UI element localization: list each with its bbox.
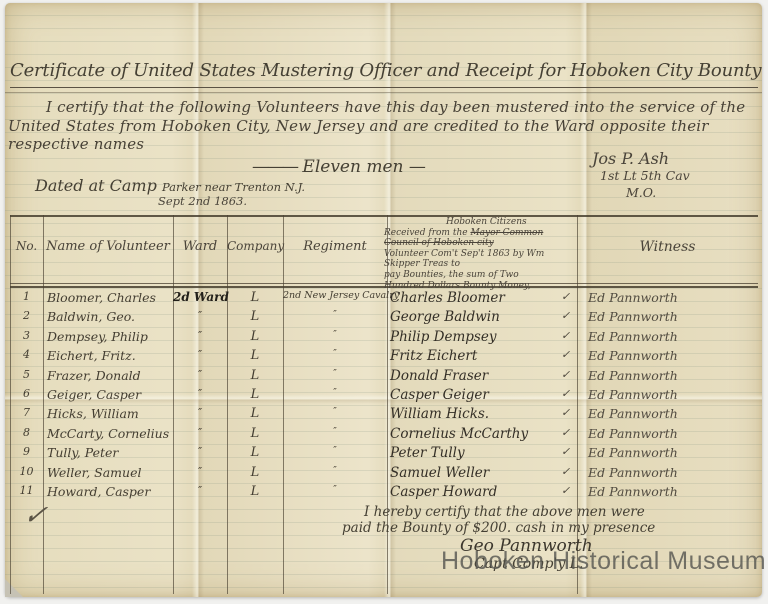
volunteer-rows: 1 Bloomer, Charles 2d Ward L 2nd New Jer… [10,289,758,502]
check-mark: ✓ [561,329,577,342]
receipt-line1-struck: Mayor Common [470,228,543,238]
volunteer-signature: Cornelius McCarthy [390,426,550,442]
company-value: L [227,406,283,421]
regiment-value: ″ [283,387,387,398]
receipt-line4: pay Bounties, the sum of Two [384,270,519,280]
table-row: 6 Geiger, Casper ″ L ″ Casper Geiger ✓ E… [10,386,758,405]
camp-name: Parker near Trenton N.J. [162,180,305,194]
receipt-line3: Volunteer Com't Sep't 1863 by Wm Skipper… [384,249,544,270]
ward-value: ″ [173,329,227,342]
regiment-value: ″ [283,309,387,320]
volunteer-name: Howard, Casper [47,484,171,499]
company-value: L [227,309,283,324]
volunteer-name: Geiger, Casper [47,387,171,402]
row-number: 9 [10,445,43,458]
receipt-line1: Received from the [384,228,470,238]
regiment-value: ″ [283,484,387,495]
row-number: 8 [10,426,43,439]
table-row: 5 Frazer, Donald ″ L ″ Donald Fraser ✓ E… [10,367,758,386]
fill-line: ——— [252,157,297,177]
payment-line1: I hereby certify that the above men were [342,504,762,520]
volunteer-name: Frazer, Donald [47,368,171,383]
table-row: 1 Bloomer, Charles 2d Ward L 2nd New Jer… [10,289,758,308]
check-mark: ✓ [561,290,577,303]
table-row: 2 Baldwin, Geo. ″ L ″ George Baldwin ✓ E… [10,308,758,327]
title-rule [5,92,762,93]
volunteer-signature: Peter Tully [390,445,550,461]
volunteer-name: Hicks, William [47,406,171,421]
volunteer-signature: George Baldwin [390,309,550,325]
receipt-line2-struck: Council of Hoboken city [384,238,494,248]
company-value: L [227,484,283,499]
check-mark: ✓ [561,309,577,322]
dated-line: Dated at Camp Parker near Trenton N.J. [35,176,305,195]
company-value: L [227,329,283,344]
volunteer-name: McCarty, Cornelius [47,426,171,441]
regiment-value: ″ [283,368,387,379]
company-value: L [227,368,283,383]
men-count: Eleven men — [302,157,425,177]
ward-value: ″ [173,445,227,458]
table-row: 8 McCarty, Cornelius ″ L ″ Cornelius McC… [10,425,758,444]
company-value: L [227,445,283,460]
column-header-company: Company [227,239,283,253]
document-title: Certificate of United States Mustering O… [10,60,758,88]
document-photo: Certificate of United States Mustering O… [0,0,768,604]
payment-line2: paid the Bounty of $200. cash in my pres… [342,520,655,536]
date: Sept 2nd 1863. [158,194,247,208]
volunteer-signature: Philip Dempsey [390,329,550,345]
company-value: L [227,387,283,402]
table-row: 3 Dempsey, Philip ″ L ″ Philip Dempsey ✓… [10,328,758,347]
ward-value: ″ [173,465,227,478]
column-header-witness: Witness [577,239,758,255]
check-mark: ✓ [561,387,577,400]
column-header-regiment: Regiment [283,239,387,254]
regiment-value: ″ [283,348,387,359]
receipt-inserted-text: Hoboken Citizens [384,217,582,228]
company-value: L [227,465,283,480]
table-row: 4 Eichert, Fritz. ″ L ″ Fritz Eichert ✓ … [10,347,758,366]
receipt-header: Hoboken Citizens Received from the Mayor… [384,217,582,291]
check-mark: ✓ [561,348,577,361]
ward-value: ″ [173,348,227,361]
row-number: 7 [10,406,43,419]
table-row: 11 Howard, Casper ″ L ″ Casper Howard ✓ … [10,483,758,502]
ward-value: ″ [173,426,227,439]
table-row: 7 Hicks, William ″ L ″ William Hicks. ✓ … [10,405,758,424]
witness-signature: Ed Pannworth [588,387,753,402]
certification-intro: I certify that the following Volunteers … [8,98,760,154]
witness-signature: Ed Pannworth [588,484,753,499]
witness-signature: Ed Pannworth [588,445,753,460]
column-header-name: Name of Volunteer [43,239,173,254]
witness-signature: Ed Pannworth [588,368,753,383]
company-value: L [227,290,283,305]
volunteer-signature: Casper Geiger [390,387,550,403]
row-number: 2 [10,309,43,322]
row-number: 6 [10,387,43,400]
row-number: 4 [10,348,43,361]
check-mark: ✓ [561,368,577,381]
men-count-line: ——— Eleven men — [252,157,426,177]
witness-signature: Ed Pannworth [588,309,753,324]
witness-signature: Ed Pannworth [588,329,753,344]
museum-watermark: Hoboken Historical Museum [441,547,766,576]
row-number: 1 [10,290,43,303]
table-row: 10 Weller, Samuel ″ L ″ Samuel Weller ✓ … [10,464,758,483]
ward-value: ″ [173,309,227,322]
volunteer-name: Bloomer, Charles [47,290,171,305]
officer-name: Jos P. Ash [592,149,669,168]
regiment-value: 2nd New Jersey Cavalry [283,290,387,301]
regiment-value: ″ [283,445,387,456]
volunteer-name: Dempsey, Philip [47,329,171,344]
ward-value: ″ [173,484,227,497]
regiment-value: ″ [283,406,387,417]
row-number: 3 [10,329,43,342]
volunteer-signature: William Hicks. [390,406,550,422]
row-number: 11 [10,484,43,497]
check-mark: ✓ [561,484,577,497]
ward-value: ″ [173,387,227,400]
officer-rank: 1st Lt 5th Cav [592,167,690,184]
witness-signature: Ed Pannworth [588,348,753,363]
volunteer-name: Weller, Samuel [47,465,171,480]
volunteer-signature: Fritz Eichert [390,348,550,364]
regiment-value: ″ [283,426,387,437]
volunteer-signature: Charles Bloomer [390,290,550,306]
table-row: 9 Tully, Peter ″ L ″ Peter Tully ✓ Ed Pa… [10,444,758,463]
company-value: L [227,348,283,363]
volunteer-signature: Casper Howard [390,484,550,500]
volunteer-name: Eichert, Fritz. [47,348,171,363]
ward-value: ″ [173,406,227,419]
witness-signature: Ed Pannworth [588,406,753,421]
mustering-officer-signature: Jos P. Ash 1st Lt 5th Cav M.O. [592,150,690,201]
check-mark: ✓ [561,406,577,419]
row-number: 10 [10,465,43,478]
dated-prefix: Dated at Camp [35,176,157,195]
officer-role: M.O. [592,184,690,201]
row-number: 5 [10,368,43,381]
ward-value: ″ [173,368,227,381]
volunteer-signature: Samuel Weller [390,465,550,481]
check-mark: ✓ [561,426,577,439]
regiment-value: ″ [283,465,387,476]
column-header-no: No. [10,239,43,253]
volunteer-signature: Donald Fraser [390,368,550,384]
witness-signature: Ed Pannworth [588,465,753,480]
check-mark: ✓ [561,445,577,458]
volunteer-name: Tully, Peter [47,445,171,460]
witness-signature: Ed Pannworth [588,426,753,441]
check-mark: ✓ [561,465,577,478]
column-header-ward: Ward [173,239,227,254]
company-value: L [227,426,283,441]
ward-value: 2d Ward [173,290,227,304]
volunteer-name: Baldwin, Geo. [47,309,171,324]
regiment-value: ″ [283,329,387,340]
witness-signature: Ed Pannworth [588,290,753,305]
